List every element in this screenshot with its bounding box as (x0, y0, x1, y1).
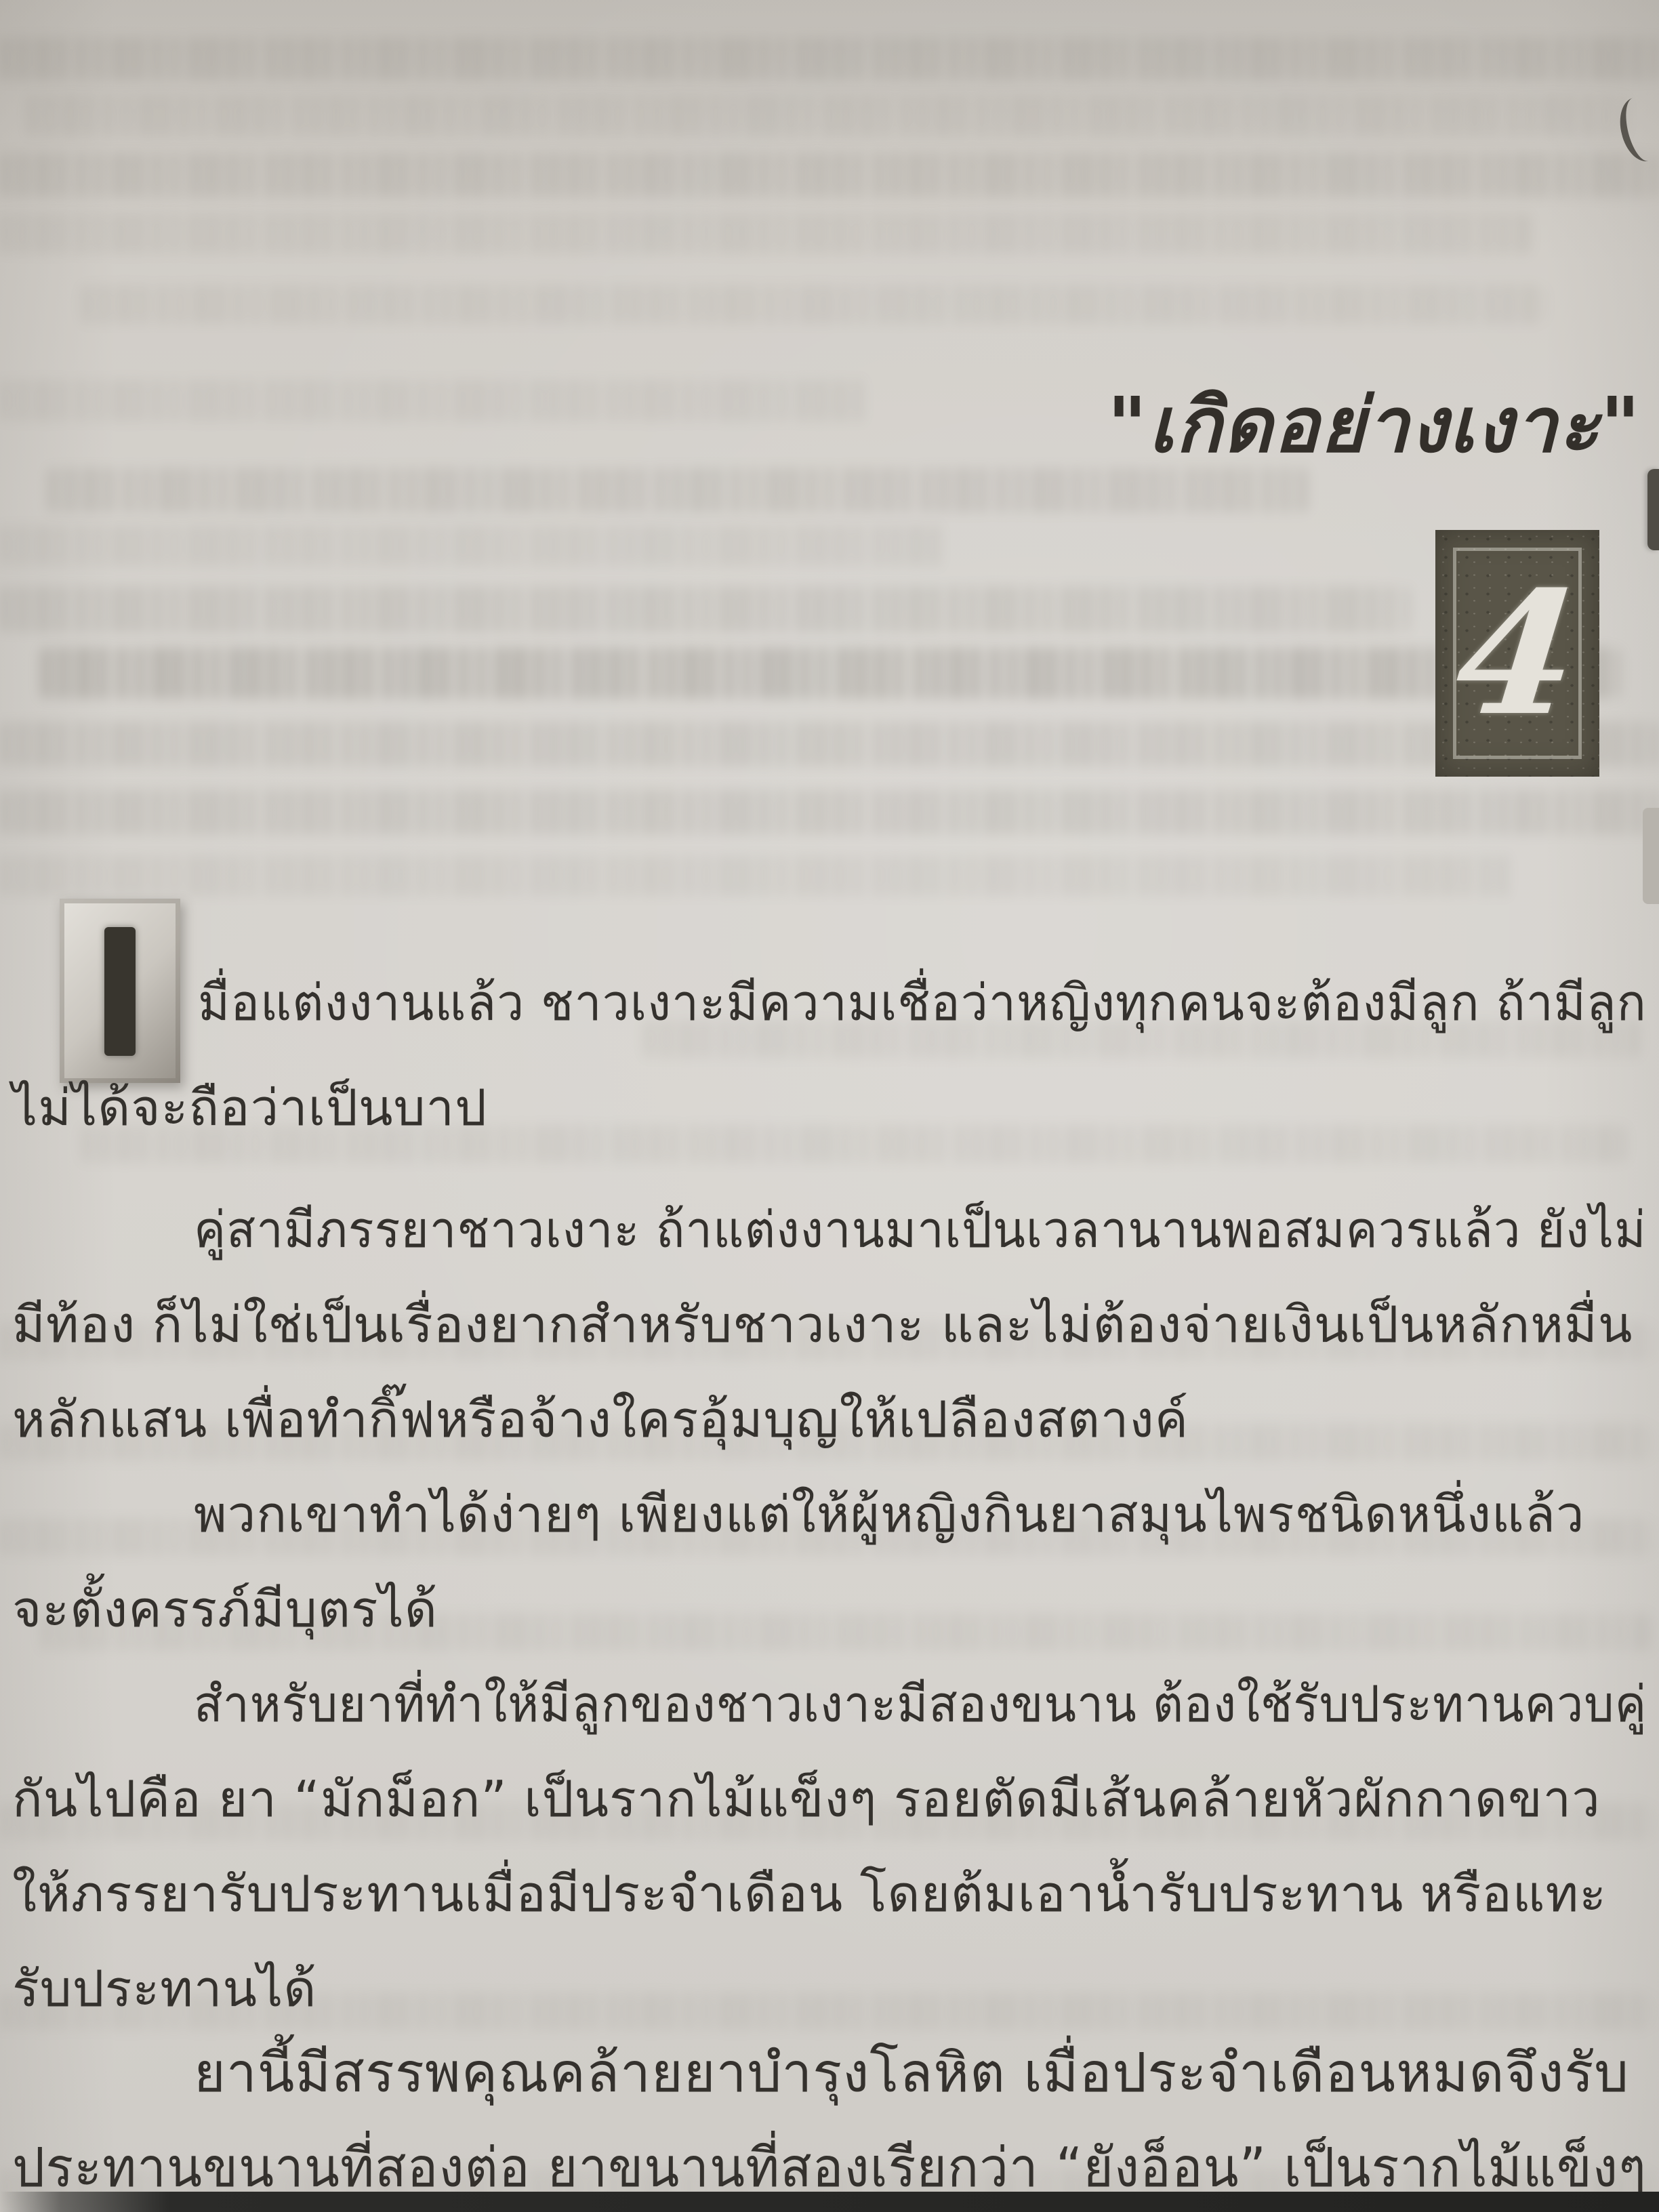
ghost-text-bleedthrough (0, 525, 949, 566)
body-line-2: ไม่ได้จะถือว่าเป็นบาป (12, 1067, 487, 1147)
ghost-text-bleedthrough (0, 152, 1659, 197)
ghost-text-bleedthrough (0, 213, 1532, 254)
body-line-5: หลักแสน เพื่อทำกิ๊ฟหรือจ้างใครอุ้มบุญให้… (12, 1379, 1189, 1459)
ghost-text-bleedthrough (0, 586, 1410, 632)
body-line-11: รับประทานได้ (12, 1948, 316, 2028)
body-line-7: จะตั้งครรภ์มีบุตรได้ (12, 1569, 438, 1649)
dropcap-block: เ (60, 899, 180, 1083)
page-edge-mark (1647, 469, 1659, 550)
ghost-text-bleedthrough (0, 790, 1659, 834)
chapter-number: 4 (1422, 530, 1612, 777)
book-page: "เกิดอย่างเงาะ" 4 เ มื่อแต่งงานแล้ว ชาวเ… (0, 0, 1659, 2212)
body-line-1: มื่อแต่งงานแล้ว ชาวเงาะมีความเชื่อว่าหญิ… (198, 962, 1647, 1042)
body-line-4: มีท้อง ก็ไม่ใช่เป็นเรื่องยากสำหรับชาวเงา… (12, 1284, 1633, 1364)
body-line-12: ยานี้มีสรรพคุณคล้ายยาบำรุงโลหิต เมื่อประ… (194, 2030, 1629, 2116)
ghost-text-bleedthrough (81, 285, 1545, 324)
body-line-10: ให้ภรรยารับประทานเมื่อมีประจำเดือน โดยต้… (12, 1853, 1607, 1933)
ghost-text-bleedthrough (0, 380, 867, 422)
ghost-text-bleedthrough (0, 722, 1659, 766)
scan-bottom-shadow (0, 2192, 1659, 2212)
page-edge-tab (1643, 808, 1659, 904)
body-line-9: กันไปคือ ยา “มักม็อก” เป็นรากไม้แข็งๆ รอ… (12, 1759, 1601, 1839)
ghost-text-bleedthrough (0, 855, 1511, 896)
ghost-text-bleedthrough (0, 37, 1659, 81)
chapter-number-badge: 4 (1435, 530, 1599, 777)
body-line-3: คู่สามีภรรยาชาวเงาะ ถ้าแต่งงานมาเป็นเวลา… (194, 1189, 1647, 1269)
body-line-8: สำหรับยาที่ทำให้มีลูกของชาวเงาะมีสองขนาน… (194, 1664, 1647, 1744)
ghost-text-bleedthrough (27, 95, 1626, 137)
chapter-title: "เกิดอย่างเงาะ" (1107, 365, 1641, 485)
body-line-6: พวกเขาทำได้ง่ายๆ เพียงแต่ให้ผู้หญิงกินยา… (194, 1474, 1585, 1554)
ghost-text-bleedthrough (41, 647, 1620, 699)
